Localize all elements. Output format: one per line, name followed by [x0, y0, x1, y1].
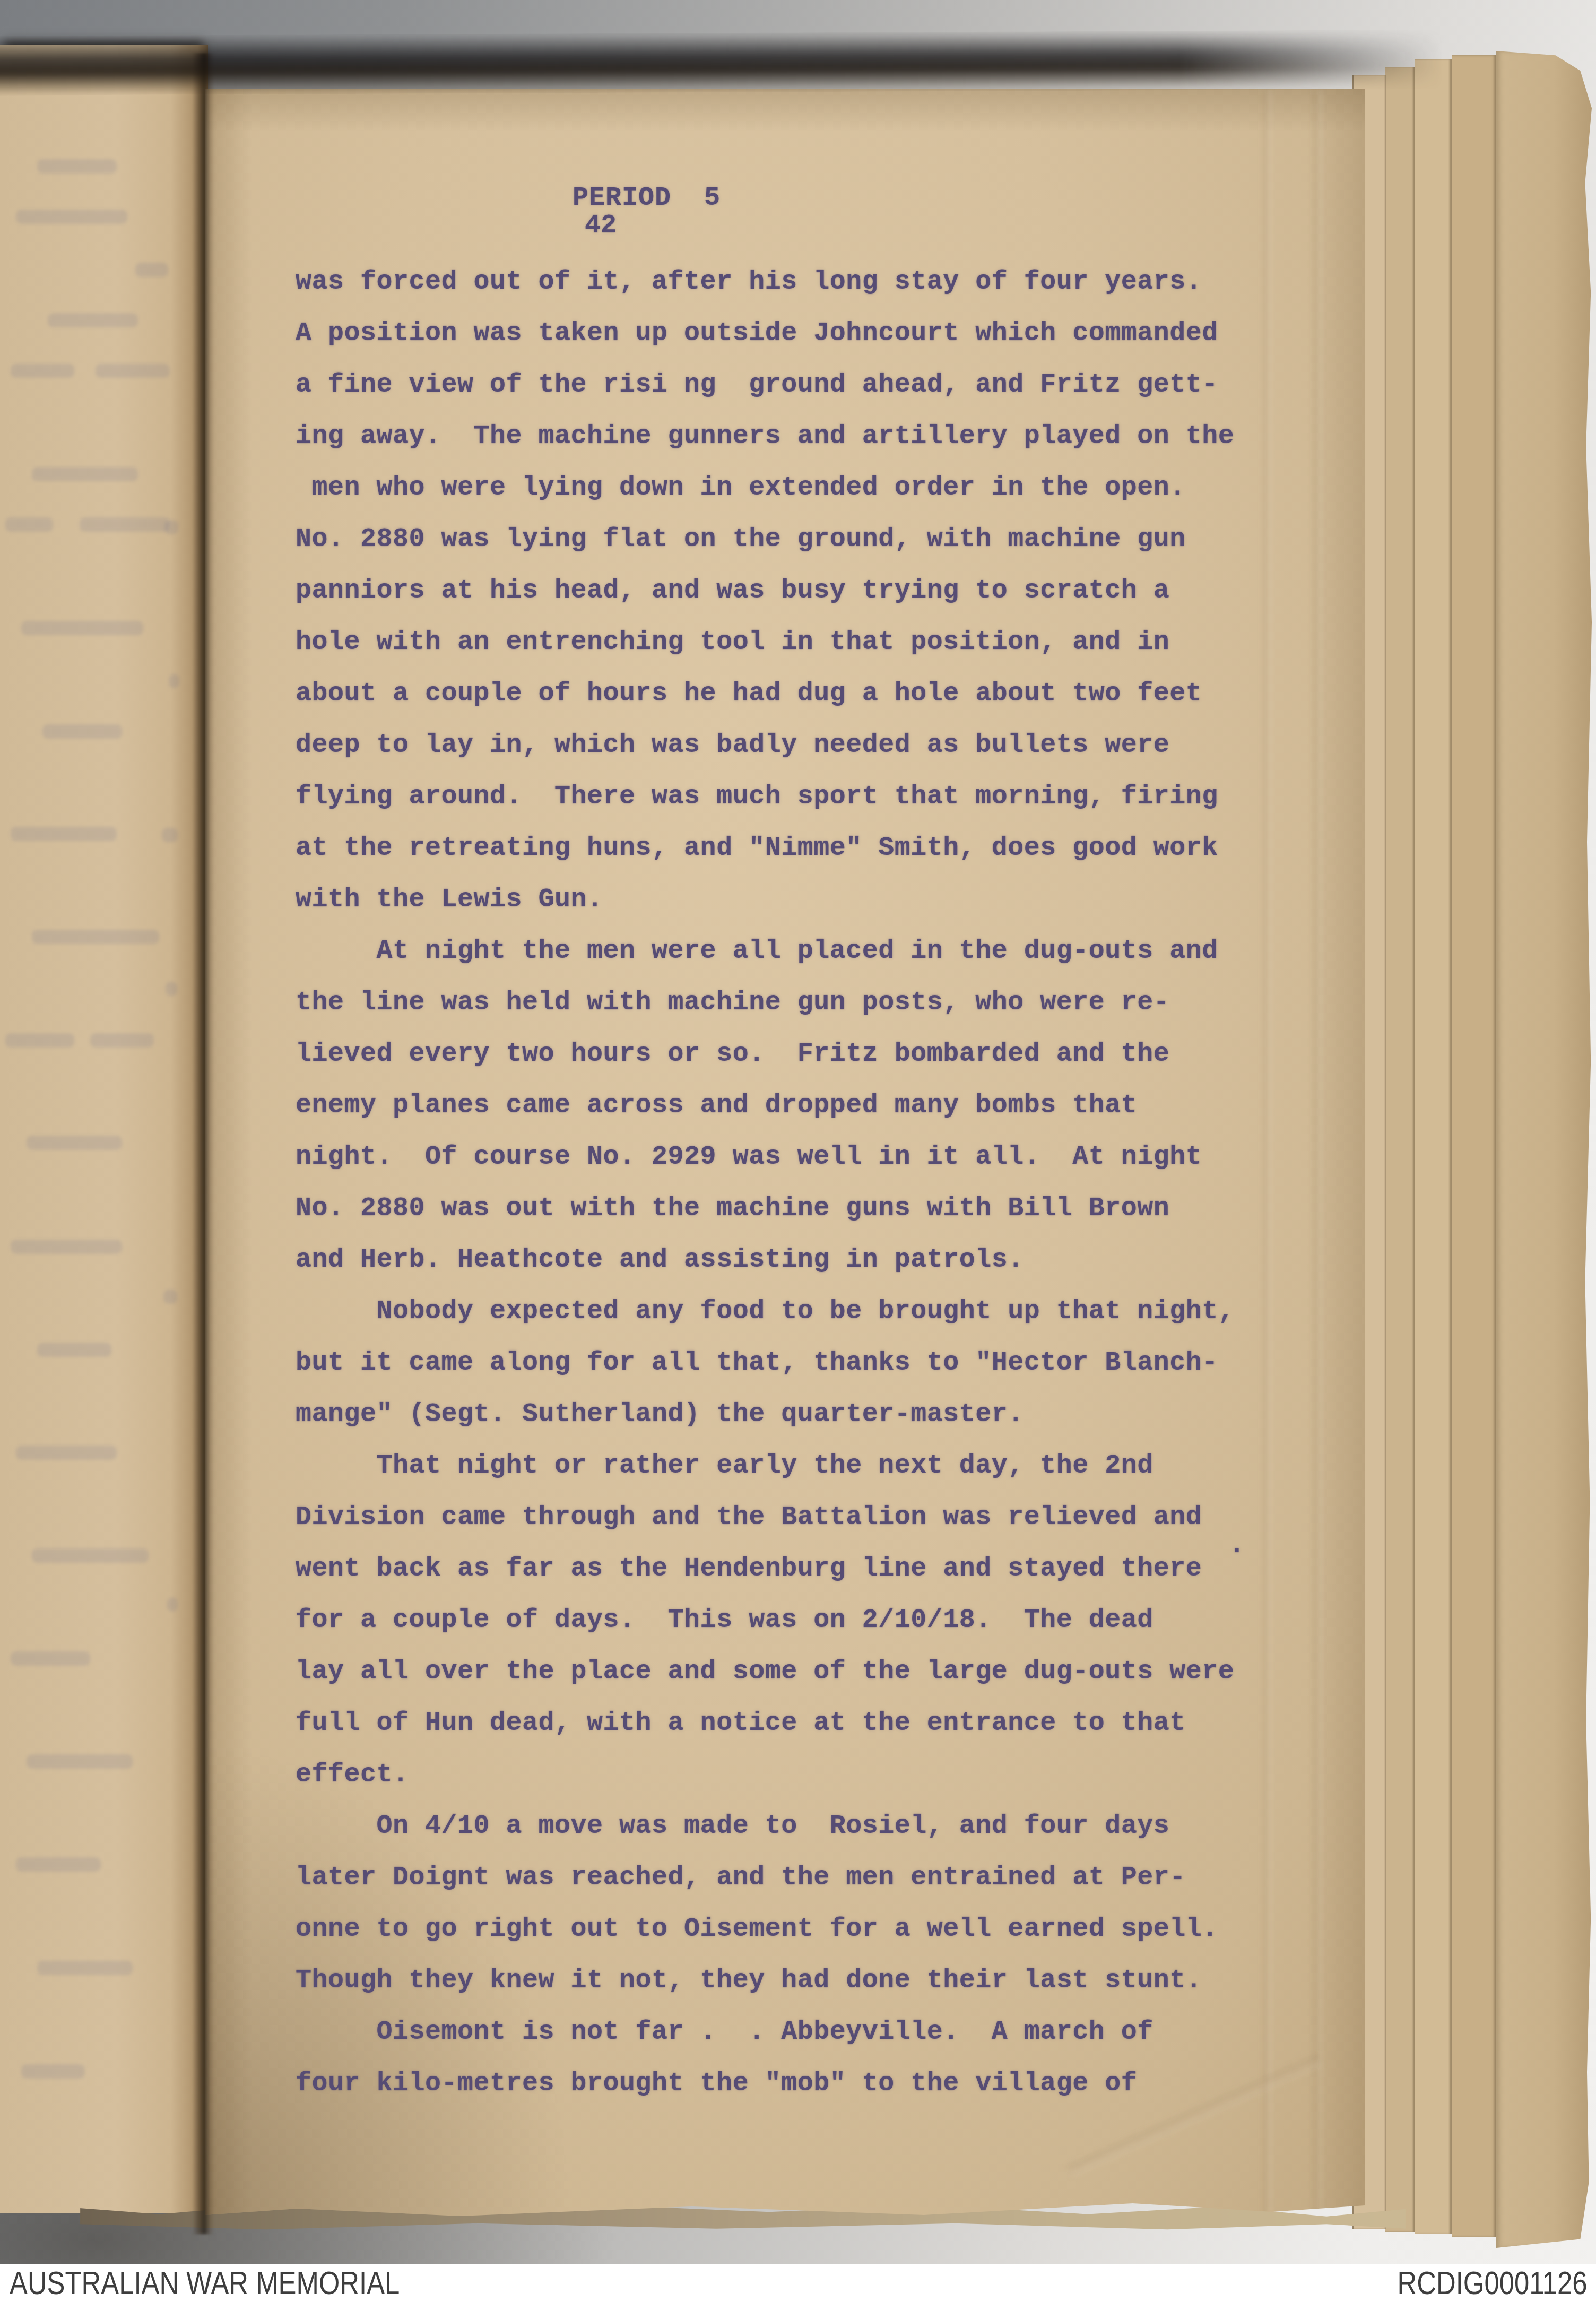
ghost-text-fragment — [164, 520, 178, 534]
typed-line: for a couple of days. This was on 2/10/1… — [296, 1605, 1153, 1637]
typed-line: deep to lay in, which was badly needed a… — [296, 730, 1169, 761]
ghost-text-fragment — [166, 982, 177, 996]
page-number: 42 — [585, 210, 617, 242]
ghost-text-fragment — [11, 1651, 90, 1666]
ghost-text-fragment — [5, 517, 53, 532]
typed-line: but it came along for all that, thanks t… — [296, 1347, 1218, 1379]
typed-line: at the retreating huns, and "Nimme" Smit… — [296, 833, 1218, 864]
typed-line: with the Lewis Gun. — [296, 884, 603, 916]
typed-line: hole with an entrenching tool in that po… — [296, 627, 1169, 659]
scanned-document-viewer: PERIOD 5 42 was forced out of it, after … — [0, 0, 1596, 2302]
typed-line: the line was held with machine gun posts… — [296, 987, 1169, 1019]
typed-line: On 4/10 a move was made to Rosiel, and f… — [296, 1811, 1169, 1842]
scanner-background: PERIOD 5 42 was forced out of it, after … — [0, 0, 1596, 2264]
page-edge — [1415, 59, 1452, 2234]
typed-line: At night the men were all placed in the … — [296, 936, 1218, 967]
ghost-text-fragment — [48, 313, 138, 327]
typed-line: effect. — [296, 1759, 409, 1791]
typed-line: four kilo-metres brought the "mob" to th… — [296, 2068, 1137, 2100]
ghost-text-fragment — [21, 2064, 85, 2079]
typed-line: later Doignt was reached, and the men en… — [296, 1862, 1186, 1894]
page-edge — [1452, 55, 1496, 2237]
ghost-text-fragment — [163, 1290, 177, 1304]
typed-line: a fine view of the risi ng ground ahead,… — [296, 369, 1218, 401]
typed-line: lieved every two hours or so. Fritz bomb… — [296, 1039, 1169, 1070]
ghost-text-fragment — [21, 621, 143, 635]
typed-line: night. Of course No. 2929 was well in it… — [296, 1141, 1202, 1173]
ghost-text-fragment — [96, 364, 170, 378]
ghost-text-fragment — [5, 1033, 74, 1048]
ghost-text-fragment — [37, 1343, 111, 1357]
record-id-label: RCDIG0001126 — [1398, 2264, 1588, 2302]
ghost-text-fragment — [80, 517, 170, 532]
ghost-text-fragment — [27, 1754, 133, 1769]
ghost-text-fragment — [135, 263, 168, 277]
ghost-text-fragment — [16, 210, 127, 224]
stray-period-mark: . — [1229, 1530, 1245, 1561]
typed-line: panniors at his head, and was busy tryin… — [296, 575, 1169, 607]
page-edge-stack — [1352, 51, 1592, 2253]
ghost-text-fragment — [27, 1136, 122, 1150]
typed-line: lay all over the place and some of the l… — [296, 1656, 1234, 1688]
typed-line: was forced out of it, after his long sta… — [296, 266, 1202, 298]
page-edge-outer — [1496, 51, 1592, 2248]
typed-line: enemy planes came across and dropped man… — [296, 1090, 1137, 1122]
typed-line: That night or rather early the next day,… — [296, 1450, 1153, 1482]
typed-line: about a couple of hours he had dug a hol… — [296, 678, 1202, 710]
ghost-text-fragment — [32, 930, 159, 944]
ghost-text-fragment — [162, 828, 178, 842]
footer-bar: AUSTRALIAN WAR MEMORIAL RCDIG0001126 — [0, 2264, 1596, 2302]
ghost-text-fragment — [11, 364, 74, 378]
ghost-text-fragment — [37, 1961, 133, 1975]
typed-line: men who were lying down in extended orde… — [296, 472, 1186, 504]
typed-line: A position was taken up outside Johncour… — [296, 318, 1218, 350]
ghost-text-fragment — [167, 1597, 178, 1612]
left-page-edge — [0, 45, 208, 2213]
archive-name-label: AUSTRALIAN WAR MEMORIAL — [10, 2264, 400, 2302]
ghost-text-fragment — [16, 1446, 117, 1460]
typed-line: ing away. The machine gunners and artill… — [296, 421, 1234, 453]
period-label: PERIOD 5 — [573, 183, 721, 214]
typed-line: flying around. There was much sport that… — [296, 781, 1218, 813]
page-edge — [1385, 67, 1415, 2232]
typed-text-layer: PERIOD 5 42 was forced out of it, after … — [205, 89, 1365, 2218]
typed-line: No. 2880 was out with the machine guns w… — [296, 1193, 1169, 1225]
typed-line: and Herb. Heathcote and assisting in pat… — [296, 1244, 1024, 1276]
ghost-text-fragment — [11, 1240, 122, 1254]
ghost-text-fragment — [37, 159, 117, 174]
document-page: PERIOD 5 42 was forced out of it, after … — [205, 89, 1365, 2218]
typed-line: Oisemont is not far . . Abbeyville. A ma… — [296, 2017, 1153, 2048]
typed-line: mange" (Segt. Sutherland) the quarter-ma… — [296, 1399, 1024, 1431]
ghost-text-fragment — [42, 724, 122, 739]
ghost-text-fragment — [169, 674, 179, 688]
ghost-text-fragment — [16, 1857, 101, 1872]
gutter-shadow — [192, 53, 214, 2234]
typed-line: Division came through and the Battalion … — [296, 1502, 1202, 1534]
typed-line: No. 2880 was lying flat on the ground, w… — [296, 524, 1186, 556]
ghost-text-fragment — [90, 1033, 154, 1048]
typed-line: onne to go right out to Oisement for a w… — [296, 1914, 1218, 1945]
ghost-text-fragment — [32, 467, 138, 481]
book-top-shadow — [0, 30, 1443, 96]
typed-line: Though they knew it not, they had done t… — [296, 1965, 1202, 1997]
ghost-text-fragment — [11, 827, 117, 841]
typed-line: Nobody expected any food to be brought u… — [296, 1296, 1234, 1328]
ghost-text-fragment — [32, 1548, 149, 1563]
typed-line: full of Hun dead, with a notice at the e… — [296, 1708, 1186, 1740]
typed-line: went back as far as the Hendenburg line … — [296, 1553, 1202, 1585]
